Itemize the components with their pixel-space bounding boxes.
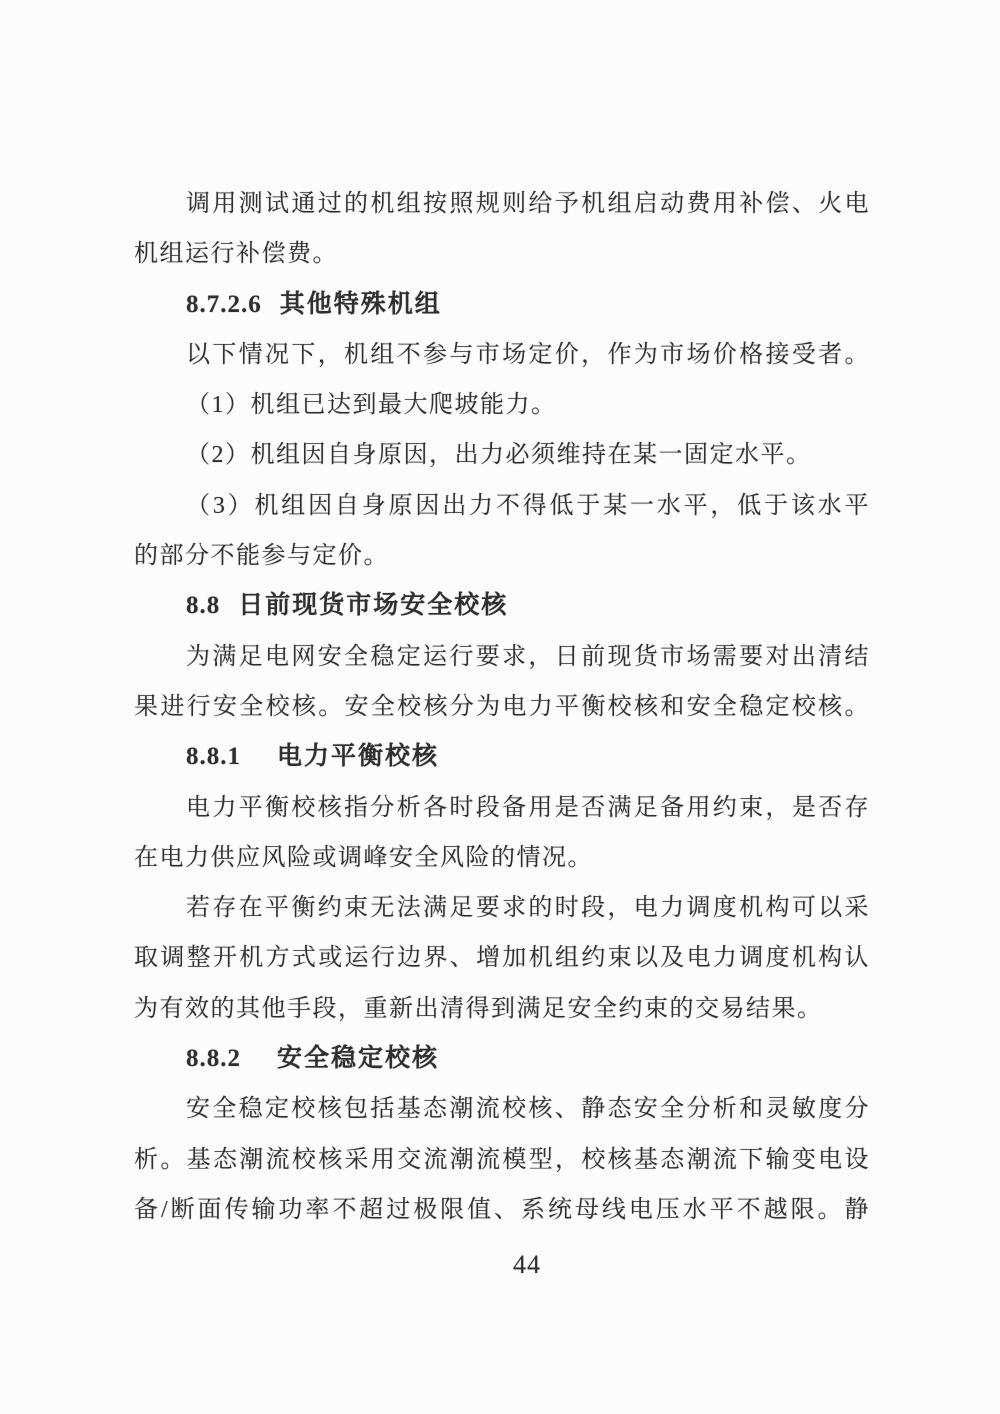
text-line: 电力平衡校核指分析各时段备用是否满足备用约束，是否存	[134, 783, 870, 833]
text-line: 安全稳定校核包括基态潮流校核、静态安全分析和灵敏度分	[134, 1084, 870, 1134]
section-heading: 8.8.1电力平衡校核	[134, 732, 870, 782]
text-line: （3）机组因自身原因出力不得低于某一水平，低于该水平	[134, 481, 870, 531]
text-line: 若存在平衡约束无法满足要求的时段，电力调度机构可以采	[134, 883, 870, 933]
text-line: （2）机组因自身原因，出力必须维持在某一固定水平。	[134, 430, 870, 480]
text-line: 果进行安全校核。安全校核分为电力平衡校核和安全稳定校核。	[134, 682, 870, 732]
text-line: 为有效的其他手段，重新出清得到满足安全约束的交易结果。	[134, 984, 870, 1034]
section-heading: 8.8.2安全稳定校核	[134, 1034, 870, 1084]
text-line: 以下情况下，机组不参与市场定价，作为市场价格接受者。	[134, 330, 870, 380]
text-line: 为满足电网安全稳定运行要求，日前现货市场需要对出清结	[134, 632, 870, 682]
text-line: 备/断面传输功率不超过极限值、系统母线电压水平不越限。静	[134, 1185, 870, 1235]
section-number: 8.7.2.6	[186, 280, 262, 330]
section-number: 8.8	[186, 581, 220, 631]
text-line: （1）机组已达到最大爬坡能力。	[134, 380, 870, 430]
section-title: 其他特殊机组	[280, 291, 442, 318]
section-number: 8.8.1	[186, 732, 241, 782]
text-line: 取调整开机方式或运行边界、增加机组约束以及电力调度机构认	[134, 933, 870, 983]
page-number: 44	[27, 1250, 1000, 1280]
section-title: 日前现货市场安全校核	[238, 592, 508, 619]
text-line: 的部分不能参与定价。	[134, 531, 870, 581]
text-line: 调用测试通过的机组按照规则给予机组启动费用补偿、火电	[134, 179, 870, 229]
document-body: 调用测试通过的机组按照规则给予机组启动费用补偿、火电机组运行补偿费。8.7.2.…	[134, 179, 870, 1235]
document-page: 调用测试通过的机组按照规则给予机组启动费用补偿、火电机组运行补偿费。8.7.2.…	[0, 0, 1000, 1414]
section-heading: 8.7.2.6其他特殊机组	[134, 280, 870, 330]
section-title: 安全稳定校核	[277, 1045, 439, 1072]
section-heading: 8.8日前现货市场安全校核	[134, 581, 870, 631]
section-number: 8.8.2	[186, 1034, 241, 1084]
section-title: 电力平衡校核	[277, 743, 439, 770]
text-line: 析。基态潮流校核采用交流潮流模型，校核基态潮流下输变电设	[134, 1135, 870, 1185]
text-line: 在电力供应风险或调峰安全风险的情况。	[134, 833, 870, 883]
text-line: 机组运行补偿费。	[134, 229, 870, 279]
